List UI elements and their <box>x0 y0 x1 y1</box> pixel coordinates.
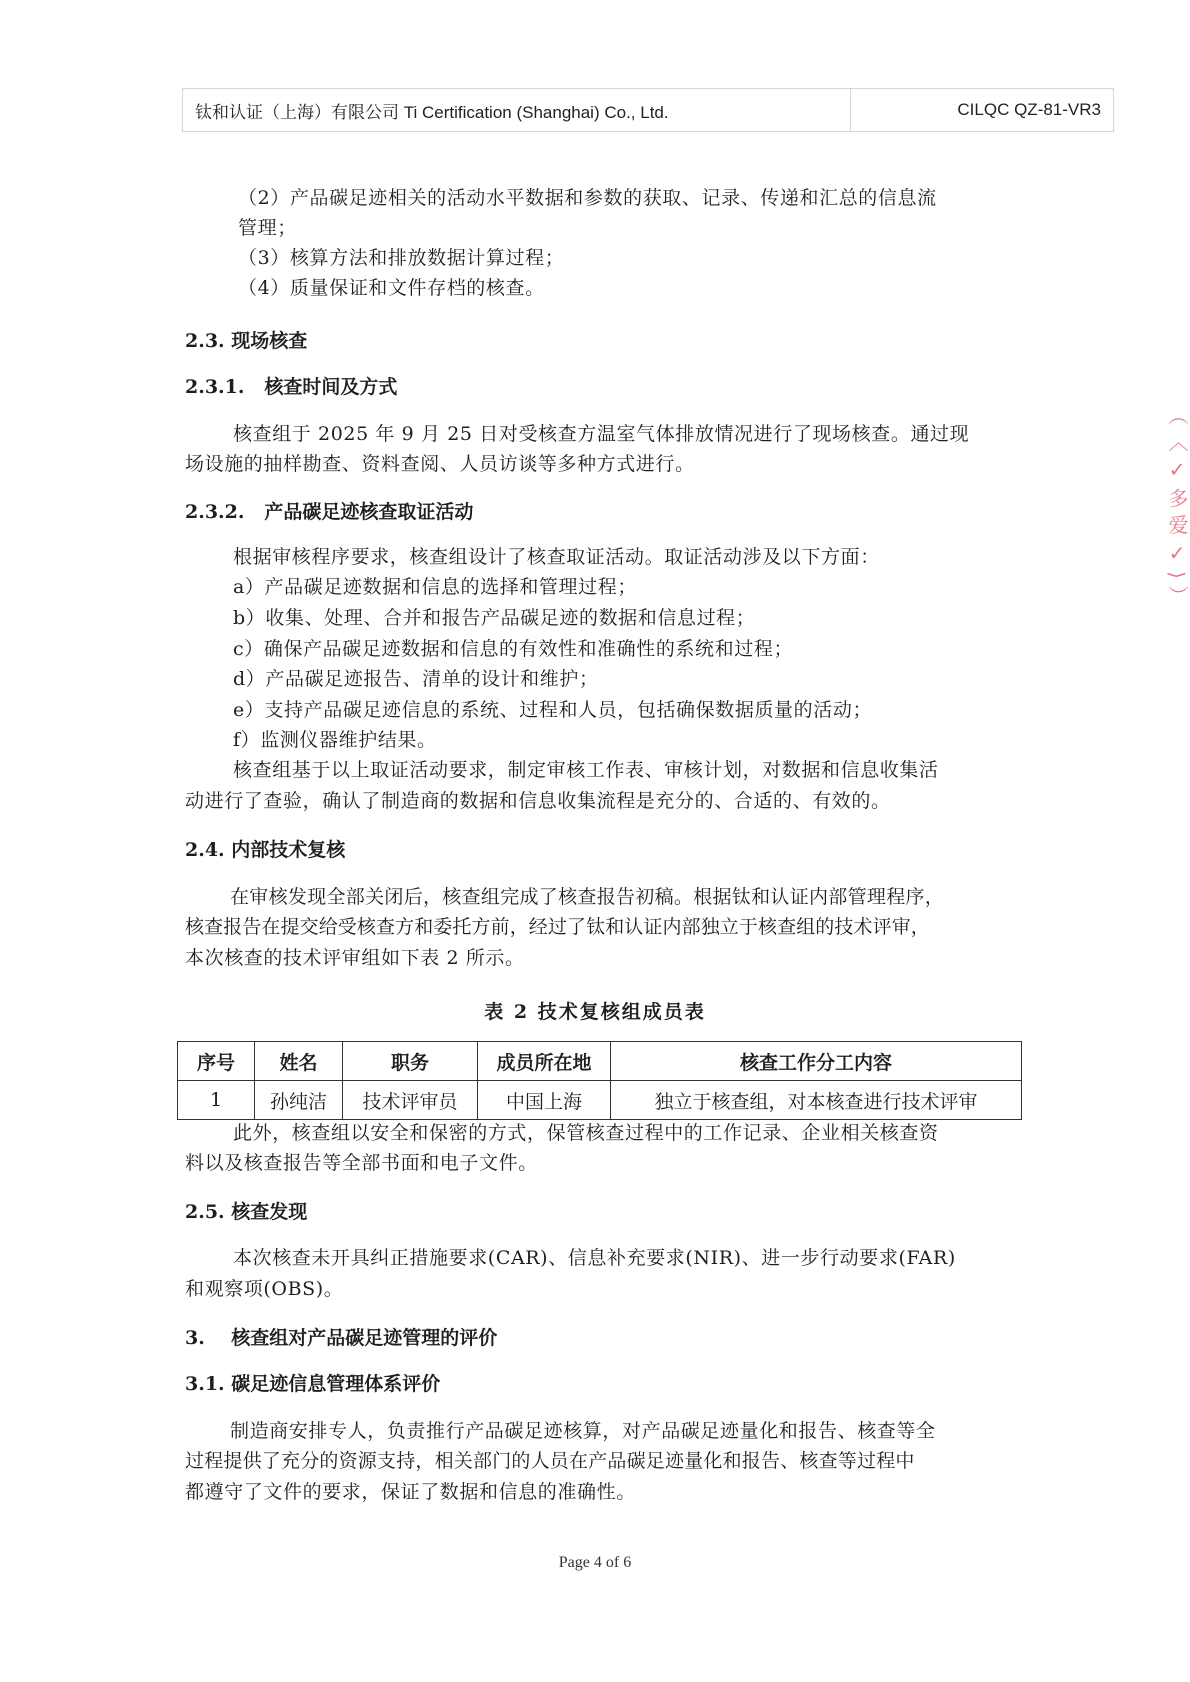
intro-item-2-cont: 管理； <box>238 213 297 243</box>
paragraph-2-3-2-conclusion-line2: 动进行了查验，确认了制造商的数据和信息收集流程是充分的、合适的、有效的。 <box>185 786 891 816</box>
cell-role: 技术评审员 <box>343 1081 478 1120</box>
company-name: 钛和认证（上海）有限公司 Ti Certification (Shanghai)… <box>183 89 851 131</box>
evidence-item-d: d）产品碳足迹报告、清单的设计和维护； <box>233 664 599 694</box>
table-header-row: 序号 姓名 职务 成员所在地 核查工作分工内容 <box>178 1042 1022 1081</box>
evidence-item-a: a）产品碳足迹数据和信息的选择和管理过程； <box>233 572 637 602</box>
heading-2-3-2: 2.3.2. 产品碳足迹核查取证活动 <box>185 497 473 524</box>
paragraph-3-1-line1: 制造商安排专人，负责推行产品碳足迹核算，对产品碳足迹量化和报告、核查等全 <box>230 1416 936 1446</box>
paragraph-2-4-line3: 本次核查的技术评审组如下表 2 所示。 <box>185 943 525 973</box>
paragraph-2-3-2-conclusion-line1: 核查组基于以上取证活动要求，制定审核工作表、审核计划，对数据和信息收集活 <box>233 755 939 785</box>
page-number: Page 4 of 6 <box>0 1554 1190 1572</box>
evidence-item-c: c）确保产品碳足迹数据和信息的有效性和准确性的系统和过程； <box>233 634 793 664</box>
heading-3-1: 3.1. 碳足迹信息管理体系评价 <box>185 1369 440 1396</box>
heading-2-3: 2.3. 现场核查 <box>185 326 307 353</box>
paragraph-after-table-line1: 此外，核查组以安全和保密的方式，保管核查过程中的工作记录、企业相关核查资 <box>233 1118 939 1148</box>
paragraph-3-1-line3: 都遵守了文件的要求，保证了数据和信息的准确性。 <box>185 1477 636 1507</box>
heading-2-4: 2.4. 内部技术复核 <box>185 835 345 862</box>
cell-index: 1 <box>178 1081 255 1120</box>
paragraph-2-3-1-line2: 场设施的抽样勘查、资料查阅、人员访谈等多种方式进行。 <box>185 449 695 479</box>
paragraph-3-1-line2: 过程提供了充分的资源支持，相关部门的人员在产品碳足迹量化和报告、核查等过程中 <box>185 1446 915 1476</box>
cell-name: 孙纯洁 <box>255 1081 343 1120</box>
column-header-name: 姓名 <box>255 1042 343 1081</box>
paragraph-2-4-line2: 核查报告在提交给受核查方和委托方前，经过了钛和认证内部独立于核查组的技术评审， <box>185 912 930 942</box>
intro-item-2: （2）产品碳足迹相关的活动水平数据和参数的获取、记录、传递和汇总的信息流 <box>238 183 937 213</box>
cell-duty: 独立于核查组，对本核查进行技术评审 <box>611 1081 1022 1120</box>
paragraph-2-3-2-intro: 根据审核程序要求，核查组设计了核查取证活动。取证活动涉及以下方面： <box>233 542 880 572</box>
heading-3: 3. 核查组对产品碳足迹管理的评价 <box>185 1323 497 1350</box>
paragraph-2-5-line2: 和观察项(OBS)。 <box>185 1274 343 1304</box>
cell-location: 中国上海 <box>478 1081 611 1120</box>
column-header-index: 序号 <box>178 1042 255 1081</box>
column-header-location: 成员所在地 <box>478 1042 611 1081</box>
paragraph-2-4-line1: 在审核发现全部关闭后，核查组完成了核查报告初稿。根据钛和认证内部管理程序， <box>230 882 944 912</box>
paragraph-2-3-1-line1: 核查组于 2025 年 9 月 25 日对受核查方温室气体排放情况进行了现场核查… <box>233 419 969 449</box>
table-caption: 表 2 技术复核组成员表 <box>0 997 1190 1024</box>
intro-item-3: （3）核算方法和排放数据计算过程； <box>238 243 564 273</box>
document-code: CILQC QZ-81-VR3 <box>851 89 1113 131</box>
page-header: 钛和认证（上海）有限公司 Ti Certification (Shanghai)… <box>182 88 1114 132</box>
evidence-item-b: b）收集、处理、合并和报告产品碳足迹的数据和信息过程； <box>233 603 755 633</box>
paragraph-after-table-line2: 料以及核查报告等全部书面和电子文件。 <box>185 1148 538 1178</box>
evidence-item-f: f）监测仪器维护结果。 <box>233 725 437 755</box>
seal-stamp-icon: （ 〈 ✓ 多 爱 ✓ ⟩ ） <box>1140 405 1190 645</box>
table-row: 1 孙纯洁 技术评审员 中国上海 独立于核查组，对本核查进行技术评审 <box>178 1081 1022 1120</box>
heading-2-5: 2.5. 核查发现 <box>185 1197 307 1224</box>
heading-2-3-1: 2.3.1. 核查时间及方式 <box>185 372 397 399</box>
technical-review-team-table: 序号 姓名 职务 成员所在地 核查工作分工内容 1 孙纯洁 技术评审员 中国上海… <box>177 1041 1022 1120</box>
column-header-duty: 核查工作分工内容 <box>611 1042 1022 1081</box>
intro-item-4: （4）质量保证和文件存档的核查。 <box>238 273 545 303</box>
column-header-role: 职务 <box>343 1042 478 1081</box>
paragraph-2-5-line1: 本次核查未开具纠正措施要求(CAR)、信息补充要求(NIR)、进一步行动要求(F… <box>233 1243 956 1273</box>
evidence-item-e: e）支持产品碳足迹信息的系统、过程和人员，包括确保数据质量的活动； <box>233 695 872 725</box>
